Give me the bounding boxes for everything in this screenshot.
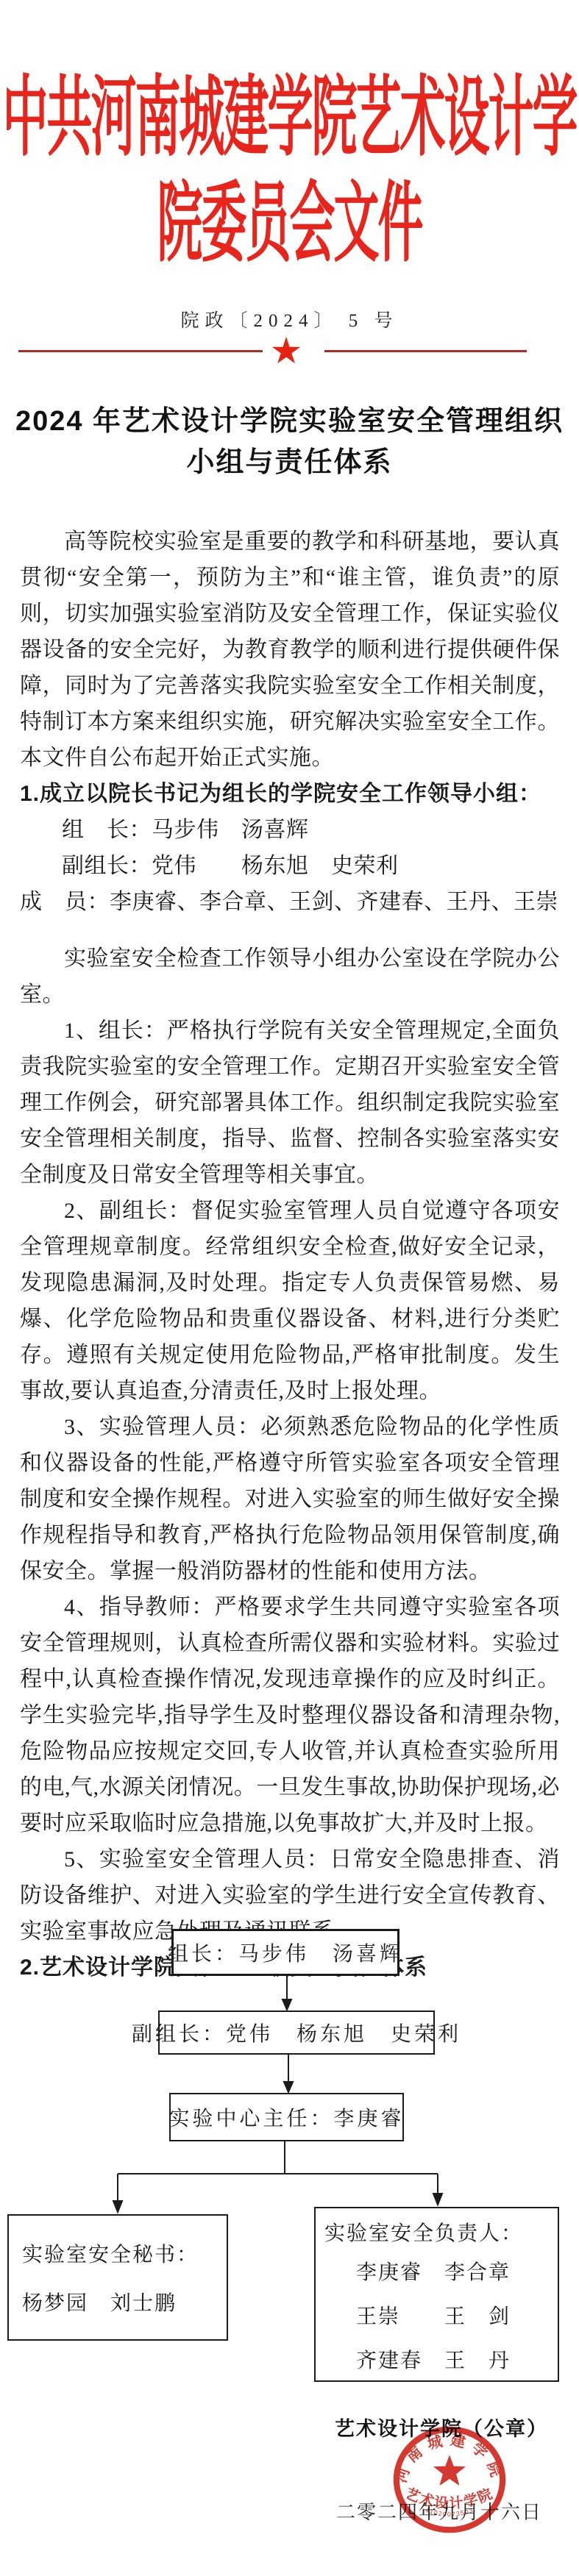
safety-officers-row-2: 王崇 王 剑 [316,2295,511,2339]
letterhead-line-1: 中共河南城建学院艺术设计学 [0,75,579,163]
flowchart-box-safety-officers: 实验室安全负责人： 李庚睿 李合章 王崇 王 剑 齐建春 王 丹 [314,2207,559,2382]
seal-star-icon [433,2455,466,2486]
document-title-line-1: 2024 年艺术设计学院实验室安全管理组织 [0,404,579,438]
red-rule-left [18,350,263,352]
responsibility-flowchart: 组长：马步伟 汤喜辉 副组长：党伟 杨东旭 史荣利 实验中心主任：李庚睿 实验室… [0,1923,579,2394]
document-number: 院政〔2024〕 5 号 [0,306,579,332]
seal-inner-text: 艺术设计学院 [403,2485,496,2512]
official-seal: 河南城建学院 艺术设计学院 41020073503 [388,2424,511,2536]
safety-officers-row-1: 李庚睿 李合章 [316,2251,511,2295]
document-title-line-2: 小组与责任体系 [0,446,579,479]
roster-deputy: 副组长：党伟 杨东旭 史荣利 [20,848,560,884]
safety-officers-row-3: 齐建春 王 丹 [316,2339,511,2383]
duty-paragraph-4: 4、指导教师：严格要求学生共同遵守实验室各项安全管理规则，认真检查所需仪器和实验… [20,1589,560,1841]
intro-paragraph: 高等院校实验室是重要的教学和科研基地，要认真贯彻“安全第一，预防为主”和“谁主管… [20,524,560,776]
duty-paragraph-2: 2、副组长：督促实验室管理人员自觉遵守各项安全管理规章制度。经常组织安全检查,做… [20,1193,560,1409]
safety-officers-title: 实验室安全负责人： [316,2217,523,2251]
duty-paragraph-1: 1、组长：严格执行学院有关安全管理规定,全面负责我院实验室的安全管理工作。定期召… [20,1013,560,1193]
flowchart-box-safety-secretary: 实验室安全秘书： 杨梦园 刘士鹏 [7,2214,228,2341]
section-1-heading: 1.成立以院长书记为组长的学院安全工作领导小组： [20,776,560,812]
official-document-page: 中共河南城建学院艺术设计学 院委员会文件 院政〔2024〕 5 号 ★ 2024… [0,0,579,2576]
safety-secretary-names: 杨梦园 刘士鹏 [22,2287,177,2316]
letterhead-line-2: 院委员会文件 [0,181,579,268]
roster-leader: 组 长：马步伟 汤喜辉 [20,812,560,848]
flowchart-box-deputy-leaders: 副组长：党伟 杨东旭 史荣利 [158,2011,435,2055]
safety-secretary-title: 实验室安全秘书： [22,2238,199,2268]
red-rule-right [324,350,527,352]
flowchart-box-leaders: 组长：马步伟 汤喜辉 [171,1929,399,1976]
document-body: 高等院校实验室是重要的教学和科研基地，要认真贯彻“安全第一，预防为主”和“谁主管… [20,524,560,1985]
duty-paragraph-3: 3、实验管理人员：必须熟悉危险物品的化学性质和仪器设备的性能,严格遵守所管实验室… [20,1409,560,1589]
office-note: 实验室安全检查工作领导小组办公室设在学院办公室。 [20,941,560,1013]
flowchart-box-center-director: 实验中心主任：李庚睿 [169,2093,404,2141]
roster-members: 成 员：李庚睿、李合章、王剑、齐建春、王丹、王崇 [20,884,560,920]
red-star-icon: ★ [266,330,307,371]
